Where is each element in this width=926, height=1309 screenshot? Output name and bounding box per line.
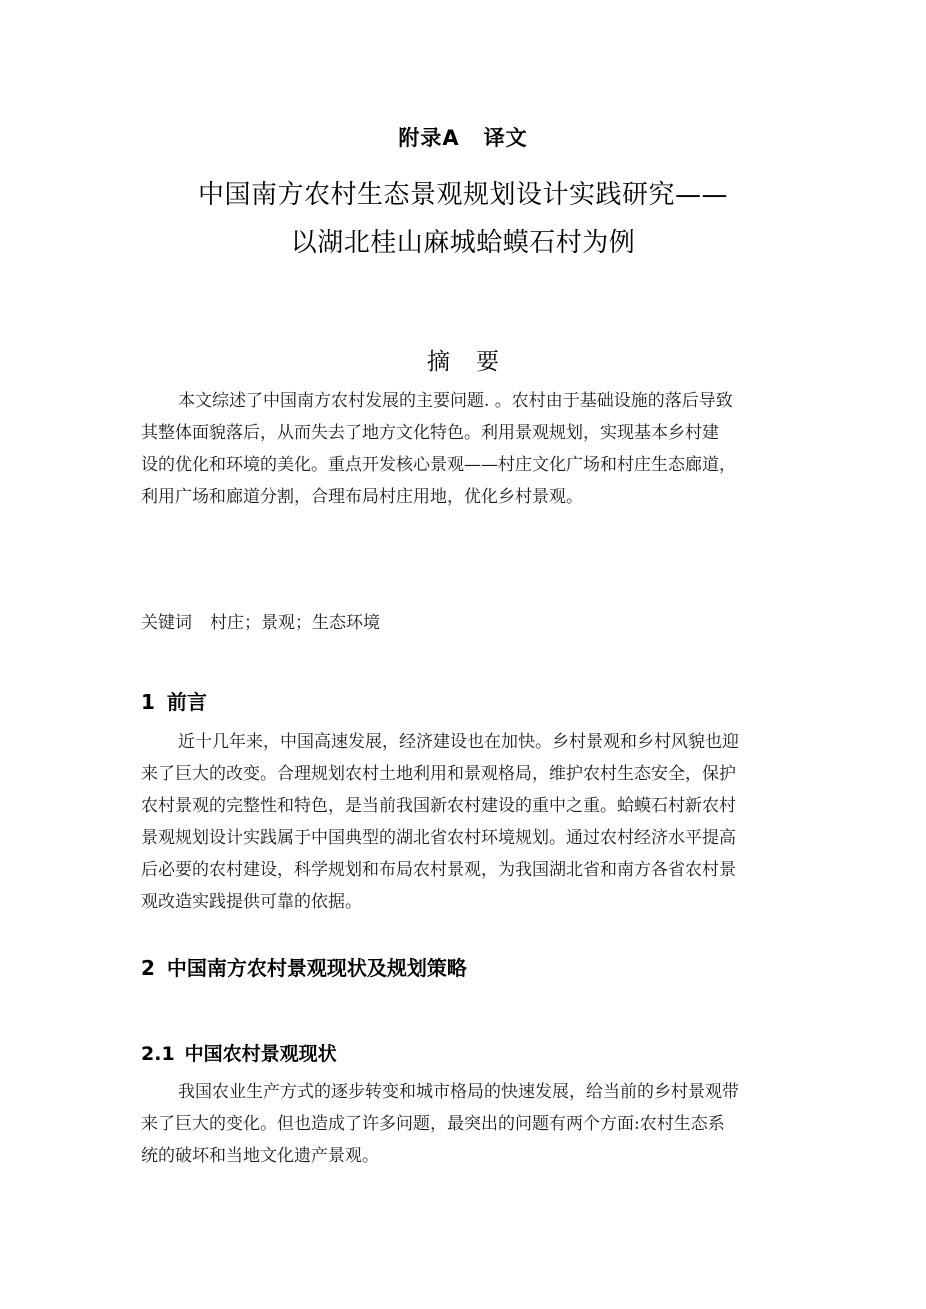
abstract-heading-char-2: 要 [476,343,499,376]
subsection-heading-2-1: 2.1中国农村景观现状 [141,1039,337,1066]
section-number: 1 [141,690,155,714]
paragraph-line: 统的破坏和当地文化遗产景观。 [141,1140,781,1172]
abstract-line: 设的优化和环境的美化。重点开发核心景观——村庄文化广场和村庄生态廊道， [141,449,781,481]
section-1-paragraph: 近十几年来，中国高速发展，经济建设也在加快。乡村景观和乡村风貌也迎 来了巨大的改… [141,726,781,918]
abstract-paragraph: 本文综述了中国南方农村发展的主要问题. 。农村由于基础设施的落后导致 其整体面貌… [141,385,781,513]
appendix-title: 译文 [484,126,528,150]
paragraph-line: 近十几年来，中国高速发展，经济建设也在加快。乡村景观和乡村风貌也迎 [141,726,781,758]
paragraph-line: 后必要的农村建设，科学规划和布局农村景观，为我国湖北省和南方各省农村景 [141,854,781,886]
keywords-value: 村庄；景观；生态环境 [210,613,380,633]
section-number: 2.1 [141,1043,175,1065]
paper-title-line-2: 以湖北桂山麻城蛤蟆石村为例 [0,222,926,259]
keywords-label: 关键词 [141,613,192,633]
paragraph-line: 来了巨大的变化。但也造成了许多问题，最突出的问题有两个方面:农村生态系 [141,1108,781,1140]
keywords: 关键词村庄；景观；生态环境 [141,608,380,633]
document-page: 附录A译文 中国南方农村生态景观规划设计实践研究—— 以湖北桂山麻城蛤蟆石村为例… [0,0,926,1309]
paragraph-line: 我国农业生产方式的逐步转变和城市格局的快速发展，给当前的乡村景观带 [141,1076,781,1108]
paragraph-line: 景观规划设计实践属于中国典型的湖北省农村环境规划。通过农村经济水平提高 [141,822,781,854]
section-title: 中国农村景观现状 [185,1043,337,1065]
abstract-line: 本文综述了中国南方农村发展的主要问题. 。农村由于基础设施的落后导致 [141,385,781,417]
section-heading-1: 1前言 [141,686,207,715]
section-title: 中国南方农村景观现状及规划策略 [167,956,467,980]
paragraph-line: 来了巨大的改变。合理规划农村土地利用和景观格局，维护农村生态安全，保护 [141,758,781,790]
appendix-label: 附录A [398,126,459,150]
abstract-heading-char-1: 摘 [427,343,450,376]
section-heading-2: 2中国南方农村景观现状及规划策略 [141,952,467,981]
section-2-1-paragraph: 我国农业生产方式的逐步转变和城市格局的快速发展，给当前的乡村景观带 来了巨大的变… [141,1076,781,1172]
section-title: 前言 [167,690,207,714]
appendix-heading: 附录A译文 [0,122,926,152]
paragraph-line: 农村景观的完整性和特色，是当前我国新农村建设的重中之重。蛤蟆石村新农村 [141,790,781,822]
paragraph-line: 观改造实践提供可靠的依据。 [141,886,781,918]
section-number: 2 [141,956,155,980]
paper-title-line-1: 中国南方农村生态景观规划设计实践研究—— [0,174,926,211]
abstract-line: 利用广场和廊道分割，合理布局村庄用地，优化乡村景观。 [141,481,781,513]
abstract-line: 其整体面貌落后，从而失去了地方文化特色。利用景观规划，实现基本乡村建 [141,417,781,449]
abstract-heading: 摘要 [0,343,926,376]
